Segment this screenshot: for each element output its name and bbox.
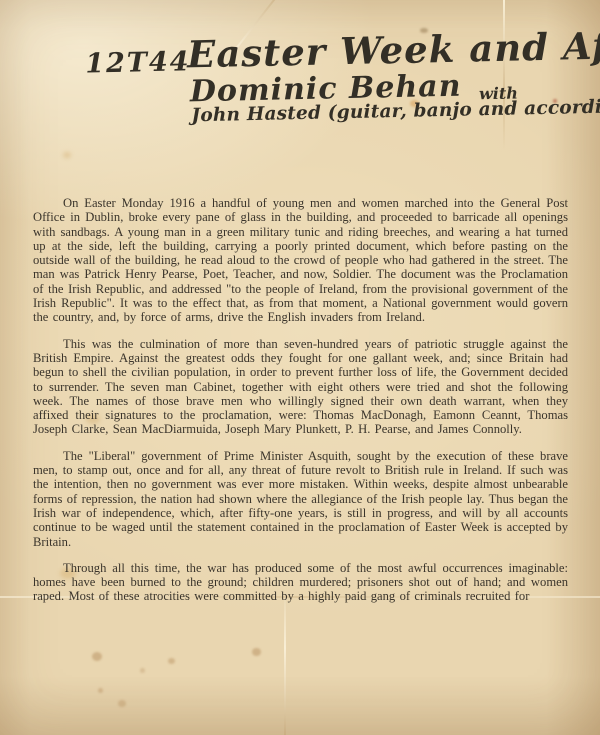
liner-notes-text: On Easter Monday 1916 a handful of young… <box>33 196 568 616</box>
catalog-number: 12T44 <box>85 46 191 79</box>
paragraph-1: On Easter Monday 1916 a handful of young… <box>33 196 568 325</box>
paper-stain <box>252 648 261 656</box>
paper-stain <box>168 658 175 664</box>
album-header: 12T44 Easter Week and After Dominic Beha… <box>0 0 600 6</box>
paragraph-2: This was the culmination of more than se… <box>33 337 568 437</box>
paper-stain <box>63 152 71 158</box>
paper-stain <box>140 668 145 673</box>
paper-stain <box>92 652 102 661</box>
album-title: Easter Week and After <box>187 22 600 76</box>
paper-stain <box>98 688 103 693</box>
paragraph-4: Through all this time, the war has produ… <box>33 561 568 604</box>
paper-crease <box>503 0 505 150</box>
paper-stain <box>118 700 126 707</box>
scanned-liner-notes-page: 12T44 Easter Week and After Dominic Beha… <box>0 0 600 735</box>
paragraph-3: The "Liberal" government of Prime Minist… <box>33 449 568 549</box>
